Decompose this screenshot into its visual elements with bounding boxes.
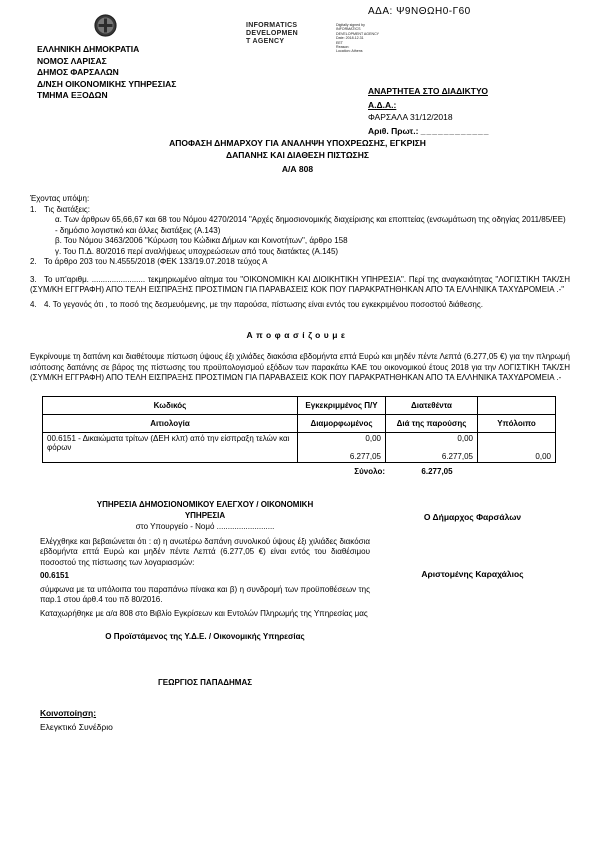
stamp-agency-line: T AGENCY: [246, 38, 316, 46]
preamble-item-2: 2.Το άρθρο 203 του Ν.4555/2018 (ΦΕΚ 133/…: [30, 257, 570, 268]
authority-line: ΝΟΜΟΣ ΛΑΡΙΣΑΣ: [37, 56, 176, 68]
stamp-agency-line: INFORMATICS: [246, 22, 316, 30]
col-header-code: Κωδικός: [43, 397, 298, 415]
verification-account-code: 00.6151: [40, 571, 370, 582]
authority-line: ΔΗΜΟΣ ΦΑΡΣΑΛΩΝ: [37, 67, 176, 79]
preamble-section: Έχοντας υπόψη: 1.Τις διατάξεις: α. Των ά…: [30, 194, 570, 310]
item-text: Το άρθρο 203 του Ν.4555/2018 (ΦΕΚ 133/19…: [44, 257, 268, 266]
ministry-prefecture-line: στο Υπουργείο - Νομό ...................…: [40, 522, 370, 533]
ada-field-label: Α.Δ.Α.:: [368, 100, 578, 112]
item-number: 2.: [30, 257, 44, 268]
stamp-agency-line: DEVELOPMEN: [246, 30, 316, 38]
budget-table-wrapper: Κωδικός Εγκεκριμμένος Π/Υ Διατεθέντα Αιτ…: [42, 396, 556, 476]
mayor-signature-block: Ο Δήμαρχος Φαρσάλων Αριστομένης Καραχάλι…: [385, 512, 560, 579]
item-text: Τις διατάξεις:: [44, 205, 90, 214]
preamble-item-4: 4.4. Το γεγονός ότι , το ποσό της δεσμευ…: [30, 300, 570, 311]
title-serial-number: Α/Α 808: [60, 164, 535, 176]
col-header-blank: [478, 397, 556, 415]
table-row: 00.6151 - Δικαιώματα τρίτων (ΔΕΗ κλπ) απ…: [43, 433, 556, 463]
preamble-item-1: 1.Τις διατάξεις:: [30, 205, 570, 216]
table-header-row-1: Κωδικός Εγκεκριμμένος Π/Υ Διατεθέντα: [43, 397, 556, 415]
decision-paragraph: Εγκρίνουμε τη δαπάνη και διαθέτουμε πίστ…: [30, 352, 570, 384]
document-page: ΑΔΑ: Ψ9ΝΘΩΗ0-Γ60 INFORMATICS DEVELOPMEN …: [0, 0, 595, 842]
decision-heading: Αποφασίζουμε: [0, 330, 595, 342]
title-line-1: ΑΠΟΦΑΣΗ ΔΗΜΑΡΧΟΥ ΓΙΑ ΑΝΑΛΗΨΗ ΥΠΟΧΡΕΩΣΗΣ,…: [60, 138, 535, 150]
item-text: 4. Το γεγονός ότι , το ποσό της δεσμευόμ…: [44, 300, 483, 309]
allocated-present: 6.277,05: [390, 452, 473, 461]
cell-code-description: 00.6151 - Δικαιώματα τρίτων (ΔΕΗ κλπ) απ…: [43, 433, 298, 463]
mayor-name: Αριστομένης Καραχάλιος: [385, 569, 560, 579]
approved-formed: 6.277,05: [302, 452, 381, 461]
verification-paragraph-1: Ελέγχθηκε και βεβαιώνεται ότι : α) η ανω…: [40, 537, 370, 569]
mayor-title: Ο Δήμαρχος Φαρσάλων: [385, 512, 560, 522]
budget-table: Κωδικός Εγκεκριμμένος Π/Υ Διατεθέντα Αιτ…: [42, 396, 556, 463]
cell-balance: 0,00: [478, 433, 556, 463]
col-header-allocated: Διατεθέντα: [386, 397, 478, 415]
protocol-blank-line: ____________: [421, 126, 490, 136]
col-header-balance: Υπόλοιπο: [478, 415, 556, 433]
preamble-subitem-b: β. Του Νόμου 3463/2006 "Κύρωση του Κώδικ…: [55, 236, 570, 247]
col-header-justification: Αιτιολογία: [43, 415, 298, 433]
ada-code: ΑΔΑ: Ψ9ΝΘΩΗ0-Γ60: [368, 6, 471, 18]
finance-head-title: Ο Προϊστάμενος της Υ.Δ.Ε. / Οικονομικής …: [40, 632, 370, 643]
document-title: ΑΠΟΦΑΣΗ ΔΗΜΑΡΧΟΥ ΓΙΑ ΑΝΑΛΗΨΗ ΥΠΟΧΡΕΩΣΗΣ,…: [60, 138, 535, 176]
verification-office-line2: ΥΠΗΡΕΣΙΑ: [40, 511, 370, 522]
col-header-by-present: Διά της παρούσης: [386, 415, 478, 433]
cell-approved-amounts: 0,00 6.277,05: [298, 433, 386, 463]
table-header-row-2: Αιτιολογία Διαμορφωμένος Διά της παρούση…: [43, 415, 556, 433]
col-header-approved-budget: Εγκεκριμμένος Π/Υ: [298, 397, 386, 415]
preamble-subitem-a: α. Των άρθρων 65,66,67 και 68 του Νόμου …: [55, 215, 570, 236]
finance-head-name: ΓΕΩΡΓΙΟΣ ΠΑΠΑΔΗΜΑΣ: [40, 678, 370, 689]
col-header-formed: Διαμορφωμένος: [298, 415, 386, 433]
publish-notice: ΑΝΑΡΤΗΤΕΑ ΣΤΟ ΔΙΑΔΙΚΤΥΟ: [368, 86, 578, 98]
greek-national-emblem-icon: [94, 14, 117, 42]
verification-office-line1: ΥΠΗΡΕΣΙΑ ΔΗΜΟΣΙΟΝΟΜΙΚΟΥ ΕΛΕΓΧΟΥ / ΟΙΚΟΝΟ…: [40, 500, 370, 511]
place-and-date: ΦΑΡΣΑΛΑ 31/12/2018: [368, 112, 578, 124]
total-value: 6.277,05: [391, 467, 483, 476]
verification-paragraph-2: σύμφωνα με τα υπόλοιπα του παραπάνω πίνα…: [40, 585, 370, 606]
protocol-label: Αριθ. Πρωτ.:: [368, 126, 418, 136]
authority-line: Δ/ΝΣΗ ΟΙΚΟΝΟΜΙΚΗΣ ΥΠΗΡΕΣΙΑΣ: [37, 79, 176, 91]
item-number: 1.: [30, 205, 44, 216]
protocol-number-field: Αριθ. Πρωτ.: ____________: [368, 126, 578, 138]
issuing-authority-block: ΕΛΛΗΝΙΚΗ ΔΗΜΟΚΡΑΤΙΑ ΝΟΜΟΣ ΛΑΡΙΣΑΣ ΔΗΜΟΣ …: [37, 44, 176, 102]
item-text: Το υπ'αριθμ. ........................ τε…: [30, 275, 570, 295]
signature-detail-line: Location: Athens: [336, 49, 396, 53]
signature-details: Digitally signed by INFORMATICS DEVELOPM…: [336, 23, 396, 54]
approved-initial: 0,00: [302, 434, 381, 443]
item-number: 4.: [30, 300, 44, 311]
notification-section: Κοινοποίηση: Ελεγκτικό Συνέδριο: [40, 708, 113, 733]
notification-label: Κοινοποίηση:: [40, 708, 113, 720]
item-number: 3.: [30, 275, 44, 286]
authority-line: ΤΜΗΜΑ ΕΞΟΔΩΝ: [37, 90, 176, 102]
preamble-subitem-c: γ. Του Π.Δ. 80/2016 περί αναλήψεως υποχρ…: [55, 247, 570, 258]
preamble-intro: Έχοντας υπόψη:: [30, 194, 570, 205]
title-line-2: ΔΑΠΑΝΗΣ ΚΑΙ ΔΙΑΘΕΣΗ ΠΙΣΤΩΣΗΣ: [60, 150, 535, 162]
cell-allocated-amounts: 0,00 6.277,05: [386, 433, 478, 463]
fiscal-verification-section: ΥΠΗΡΕΣΙΑ ΔΗΜΟΣΙΟΝΟΜΙΚΟΥ ΕΛΕΓΧΟΥ / ΟΙΚΟΝΟ…: [40, 500, 370, 688]
digital-signature-stamp: INFORMATICS DEVELOPMEN T AGENCY: [246, 22, 316, 46]
publication-block: ΑΝΑΡΤΗΤΕΑ ΣΤΟ ΔΙΑΔΙΚΤΥΟ Α.Δ.Α.: ΦΑΡΣΑΛΑ …: [368, 86, 578, 137]
allocated-initial: 0,00: [390, 434, 473, 443]
authority-line: ΕΛΛΗΝΙΚΗ ΔΗΜΟΚΡΑΤΙΑ: [37, 44, 176, 56]
table-total-row: Σύνολο: 6.277,05: [42, 467, 555, 476]
verification-paragraph-3: Καταχωρήθηκε με α/α 808 στο Βιβλίο Εγκρί…: [40, 609, 370, 620]
preamble-item-3: 3.Το υπ'αριθμ. ........................ …: [30, 275, 570, 296]
total-label: Σύνολο:: [297, 467, 391, 476]
notification-recipient: Ελεγκτικό Συνέδριο: [40, 722, 113, 734]
